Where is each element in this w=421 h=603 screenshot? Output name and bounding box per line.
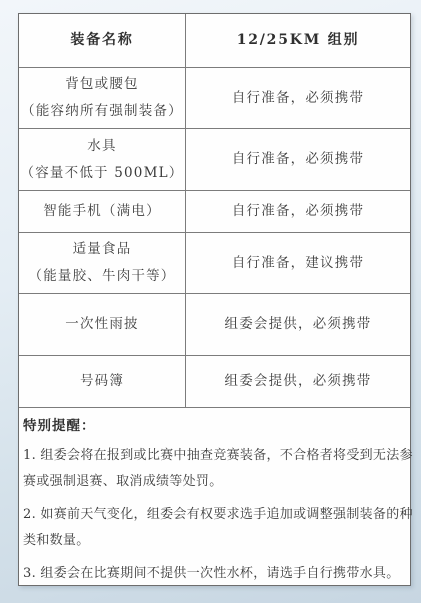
table-row: 背包或腰包 （能容纳所有强制装备） 自行准备，必须携带: [19, 68, 410, 129]
col-header-equipment-name: 装备名称: [19, 14, 186, 67]
requirement-cell: 组委会提供，必须携带: [186, 294, 410, 355]
reminder-item: 2. 如赛前天气变化，组委会有权要求选手追加或调整强制装备的种 类和数量。: [23, 502, 404, 553]
special-reminder-title: 特别提醒：: [23, 417, 404, 435]
requirement-cell: 自行准备，建议携带: [186, 233, 410, 293]
table-header-row: 装备名称 12/25KM 组别: [19, 14, 410, 68]
table-row: 智能手机（满电） 自行准备，必须携带: [19, 191, 410, 233]
table-row: 一次性雨披 组委会提供，必须携带: [19, 294, 410, 356]
equipment-name-cell: 智能手机（满电）: [19, 191, 186, 232]
reminder-item: 1. 组委会将在报到或比赛中抽查竞赛装备，不合格者将受到无法参 赛或强制退赛、取…: [23, 443, 404, 494]
col-header-group: 12/25KM 组别: [186, 14, 410, 67]
equipment-name-cell: 一次性雨披: [19, 294, 186, 355]
table-row: 号码簿 组委会提供，必须携带: [19, 356, 410, 408]
equipment-name-cell: 适量食品 （能量胶、牛肉干等）: [19, 233, 186, 293]
special-reminder-section: 特别提醒： 1. 组委会将在报到或比赛中抽查竞赛装备，不合格者将受到无法参 赛或…: [19, 408, 410, 585]
requirement-cell: 组委会提供，必须携带: [186, 356, 410, 407]
equipment-name-cell: 水具 （容量不低于 500ML）: [19, 129, 186, 190]
equipment-name-cell: 背包或腰包 （能容纳所有强制装备）: [19, 68, 186, 128]
equipment-name-cell: 号码簿: [19, 356, 186, 407]
requirement-cell: 自行准备，必须携带: [186, 191, 410, 232]
table-row: 水具 （容量不低于 500ML） 自行准备，必须携带: [19, 129, 410, 191]
reminder-item: 3. 组委会在比赛期间不提供一次性水杯，请选手自行携带水具。: [23, 561, 404, 587]
equipment-requirements-table: 装备名称 12/25KM 组别 背包或腰包 （能容纳所有强制装备） 自行准备，必…: [18, 13, 411, 586]
table-row: 适量食品 （能量胶、牛肉干等） 自行准备，建议携带: [19, 233, 410, 294]
requirement-cell: 自行准备，必须携带: [186, 129, 410, 190]
requirement-cell: 自行准备，必须携带: [186, 68, 410, 128]
